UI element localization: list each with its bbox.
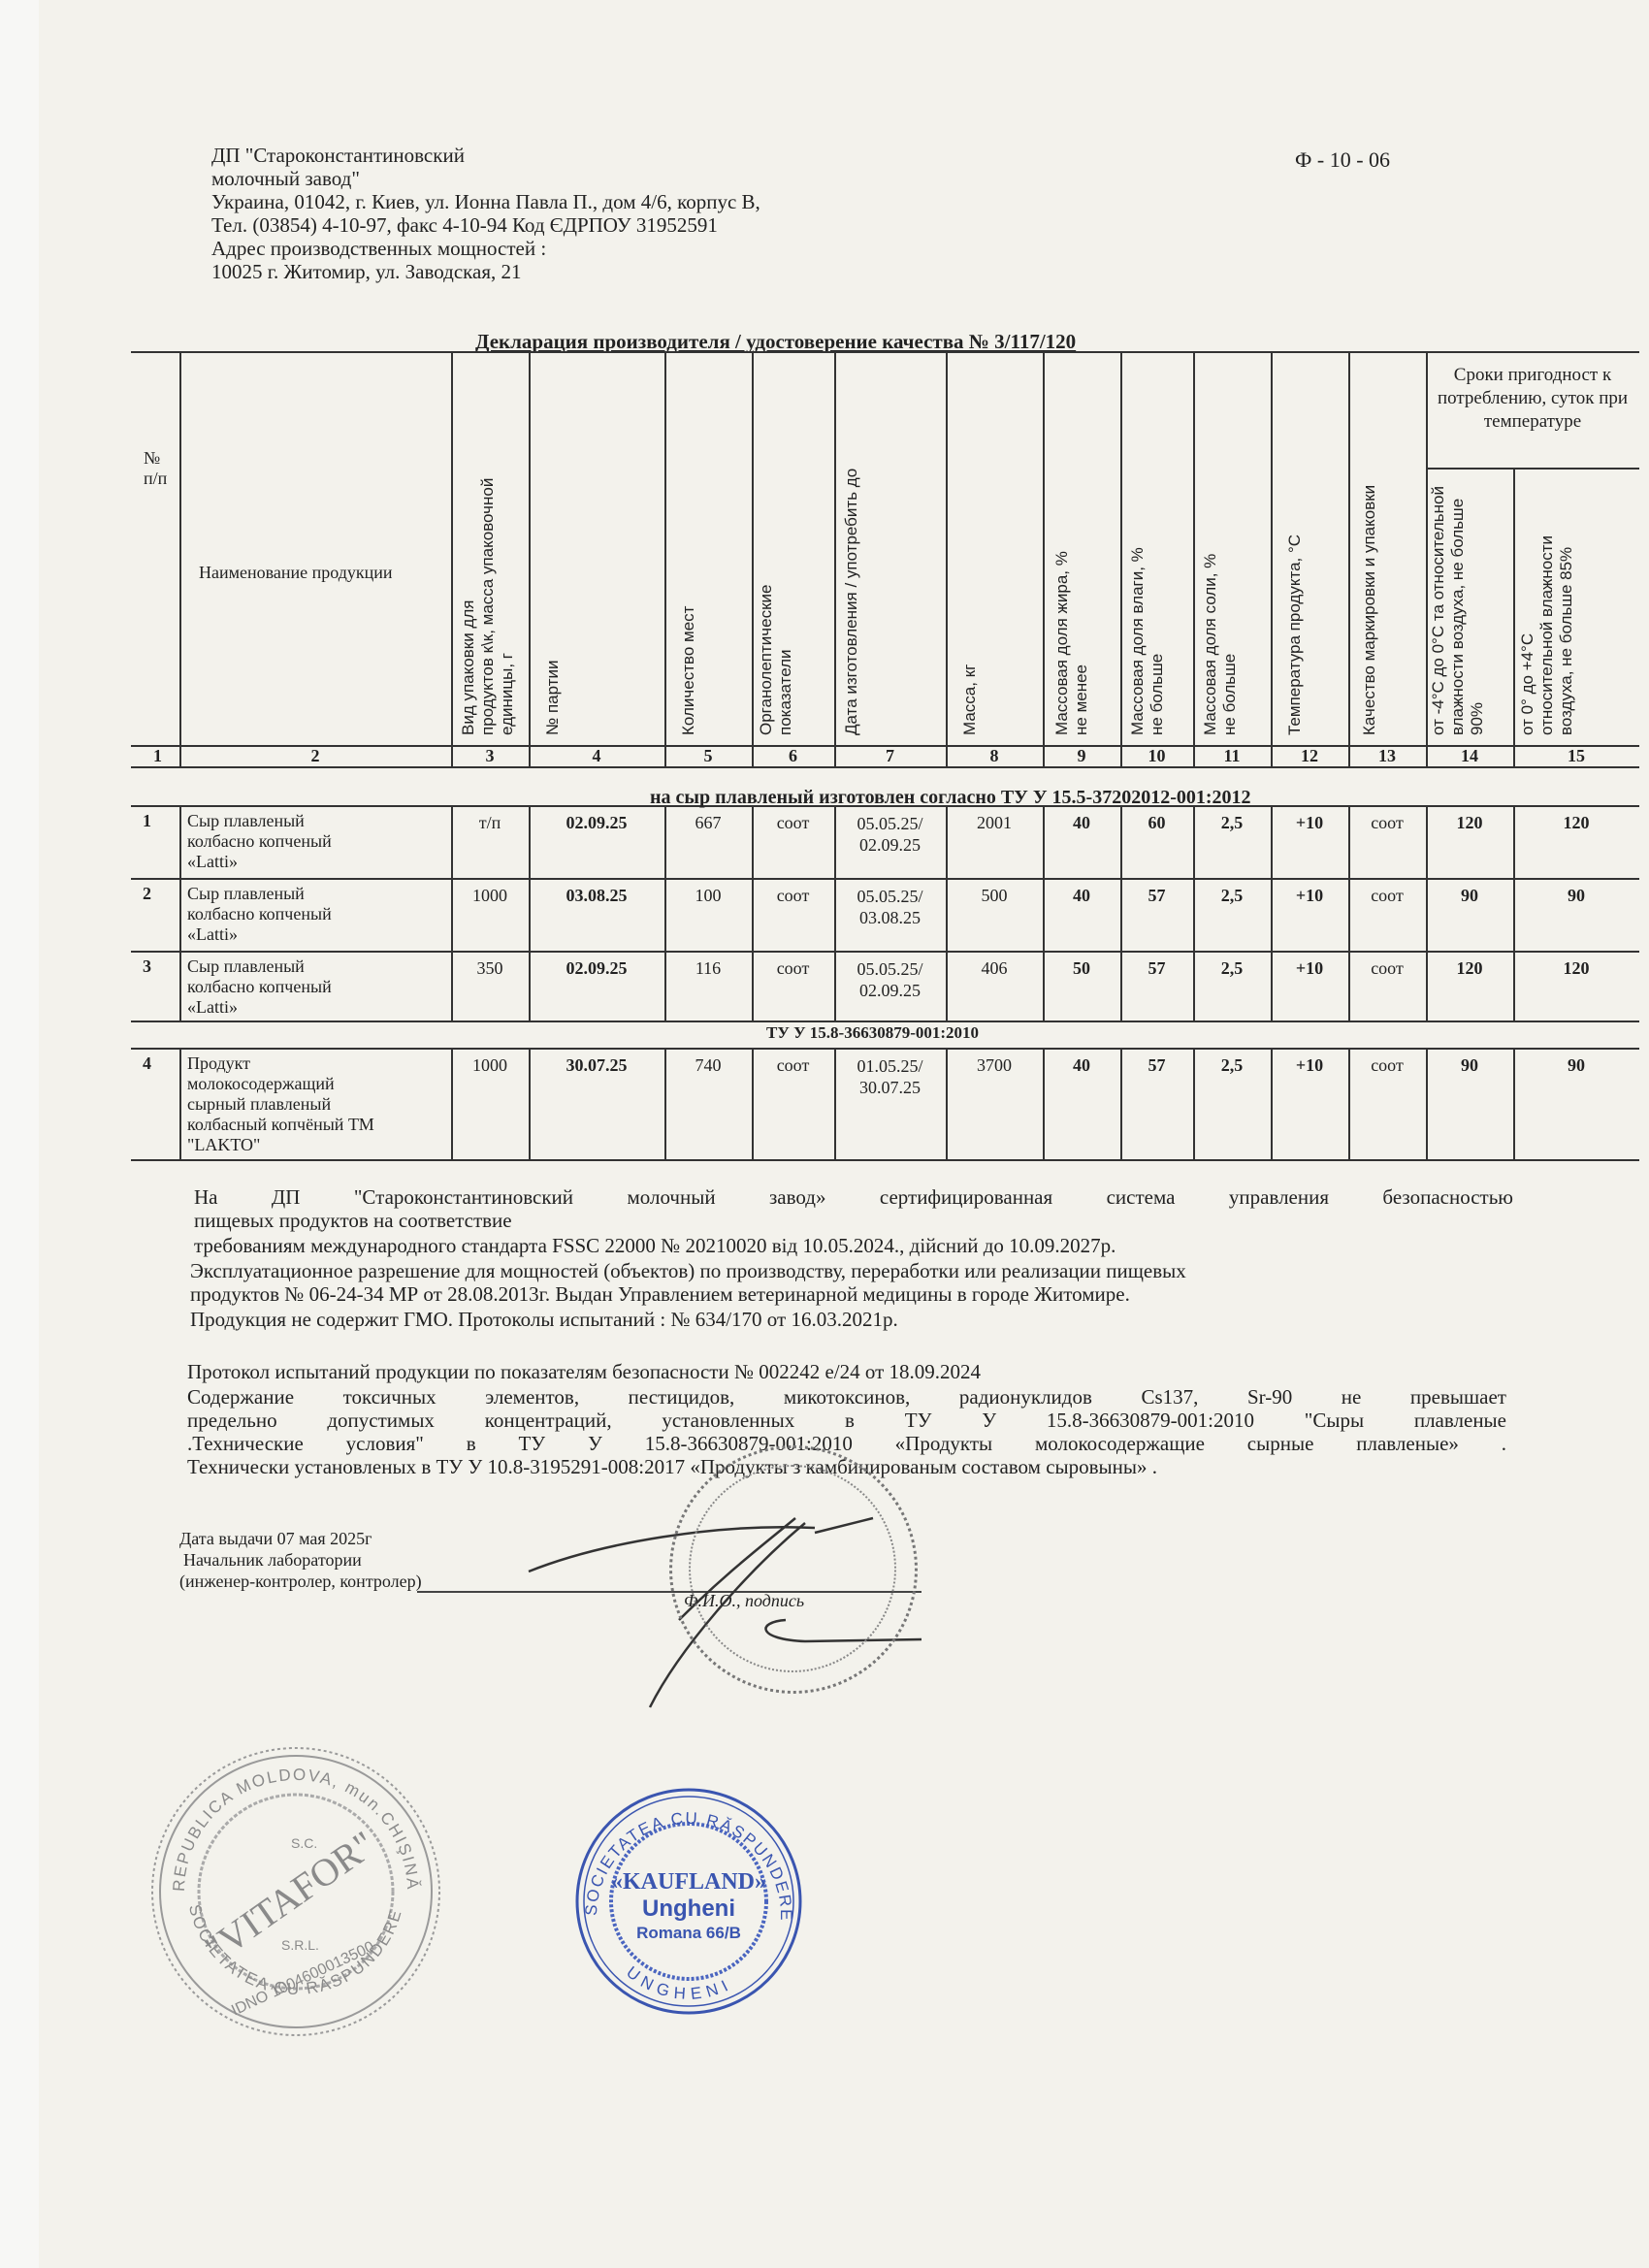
org-phone: Тел. (03854) 4-10-97, факс 4-10-94 Код Є… — [211, 213, 760, 237]
scan-edge — [0, 0, 39, 2268]
table-rule — [1271, 805, 1273, 1021]
table-rule — [1271, 351, 1273, 766]
org-address: Украина, 01042, г. Киев, ул. Ионна Павла… — [211, 190, 760, 213]
column-number: 12 — [1271, 746, 1348, 766]
table-rule — [1513, 468, 1515, 766]
column-header-batch: № партии — [543, 661, 563, 735]
table-rule — [131, 1021, 1639, 1022]
cell-mass: 500 — [946, 886, 1043, 906]
table-rule — [1348, 805, 1350, 1021]
table-rule — [451, 805, 453, 1021]
table-rule — [131, 951, 1639, 953]
cell-batch: 03.08.25 — [529, 886, 664, 906]
form-code: Ф - 10 - 06 — [1295, 147, 1390, 173]
table-rule — [946, 805, 948, 1021]
cell-fat: 40 — [1043, 886, 1120, 906]
cell-fat: 40 — [1043, 813, 1120, 833]
table-rule — [1426, 351, 1428, 766]
header-line: Температура продукта, °С — [1285, 535, 1305, 735]
faded-manufacturer-stamp-inner — [689, 1465, 896, 1672]
table-rule — [664, 805, 666, 1021]
table-rule — [1120, 805, 1122, 1021]
header-line: продуктов к\к, масса упаковочной — [478, 478, 498, 735]
header-line: от 0° до +4°С — [1518, 535, 1537, 735]
cell-shelf2: 120 — [1513, 958, 1639, 979]
org-line: молочный завод" — [211, 167, 760, 190]
kaufland-city: Ungheni — [642, 1895, 735, 1922]
cell-marking: соот — [1348, 1055, 1426, 1076]
svg-text:REPUBLICA MOLDOVA, mun.CHIŞINĂ: REPUBLICA MOLDOVA, mun.CHIŞINĂU — [145, 1741, 422, 1892]
column-header-shelf-life-group: Сроки пригодност к потреблению, суток пр… — [1431, 364, 1634, 434]
cell-salt: 2,5 — [1193, 958, 1271, 979]
column-header-mass: Масса, кг — [960, 664, 980, 735]
table-rule — [752, 351, 754, 766]
org-production-address: 10025 г. Житомир, ул. Заводская, 21 — [211, 260, 760, 283]
row-number: 4 — [143, 1053, 151, 1074]
product-name: Продукт молокосодержащий сырный плавлены… — [187, 1053, 449, 1155]
header-line: не больше — [1220, 554, 1240, 735]
cell-dates: 05.05.25/ 02.09.25 — [834, 813, 946, 856]
table-rule — [451, 351, 453, 766]
certification-text: На ДП "Староконстантиновский молочный за… — [194, 1185, 1513, 1209]
org-production-label: Адрес производственных мощностей : — [211, 237, 760, 260]
column-header-num-pp: № п/п — [144, 448, 178, 489]
cell-temp: +10 — [1271, 813, 1348, 833]
column-header-shelf-2: от 0° до +4°Сотносительной влажностивозд… — [1518, 535, 1576, 735]
cell-pack: т/п — [451, 813, 529, 833]
table-rule — [1043, 351, 1045, 766]
cell-shelf2: 120 — [1513, 813, 1639, 833]
cell-pack: 1000 — [451, 1055, 529, 1076]
cell-temp: +10 — [1271, 886, 1348, 906]
cell-fat: 40 — [1043, 1055, 1120, 1076]
cell-salt: 2,5 — [1193, 1055, 1271, 1076]
column-header-temperature: Температура продукта, °С — [1285, 535, 1305, 735]
kaufland-stamp: SOCIETATEA CU RĂSPUNDERE LIMITATĂ UNGHEN… — [567, 1780, 810, 2023]
column-number: 7 — [834, 746, 946, 766]
cell-moisture: 57 — [1120, 958, 1193, 979]
header-line: единицы, г — [498, 478, 517, 735]
svg-text:UNGHENI: UNGHENI — [623, 1962, 736, 2003]
header-line: Качество маркировки и упаковки — [1360, 485, 1379, 735]
cell-mass: 2001 — [946, 813, 1043, 833]
certification-text-cont: пищевых продуктов на соответствие — [194, 1209, 1513, 1232]
column-header-moisture: Массовая доля влаги, %не больше — [1128, 547, 1167, 735]
table-rule — [529, 351, 531, 766]
permit-text: Эксплуатационное разрешение для мощносте… — [190, 1259, 1509, 1282]
cell-mass: 3700 — [946, 1055, 1043, 1076]
column-header-places: Количество мест — [679, 606, 698, 735]
cell-shelf1: 90 — [1426, 886, 1513, 906]
column-number: 1 — [136, 746, 179, 766]
cell-mass: 406 — [946, 958, 1043, 979]
column-number: 10 — [1120, 746, 1193, 766]
table-rule — [1120, 351, 1122, 766]
column-number: 8 — [946, 746, 1043, 766]
product-name: Сыр плавленый колбасно копченый «Latti» — [187, 884, 449, 945]
lab-head-label: Начальник лаборатории — [179, 1549, 422, 1571]
cell-temp: +10 — [1271, 958, 1348, 979]
header-line: № партии — [543, 661, 563, 735]
table-rule — [529, 805, 531, 1021]
toxic-content-text-3: .Технические условия" в ТУ У 15.8-366308… — [187, 1432, 1506, 1455]
table-rule — [131, 1048, 1639, 1050]
header-line: воздуха, не больше 85% — [1557, 535, 1576, 735]
table-rule — [131, 878, 1639, 880]
table-rule — [179, 1048, 181, 1159]
table-rule — [1513, 805, 1515, 1021]
column-number: 6 — [752, 746, 834, 766]
header-line: Массовая доля соли, % — [1201, 554, 1220, 735]
vitafor-sc: S.C. — [291, 1835, 317, 1851]
table-rule — [1426, 468, 1639, 470]
header-line: Вид упаковки для — [459, 478, 478, 735]
column-number: 3 — [451, 746, 529, 766]
column-number: 14 — [1426, 746, 1513, 766]
cell-salt: 2,5 — [1193, 886, 1271, 906]
header-line: влажности воздуха, не больше — [1448, 486, 1468, 735]
cell-moisture: 60 — [1120, 813, 1193, 833]
header-line: Органолептические — [757, 585, 776, 736]
header-line: относительной влажности — [1537, 535, 1557, 735]
header-line: Массовая доля жира, % — [1052, 551, 1072, 735]
table-rule — [179, 351, 181, 766]
table-rule — [1043, 805, 1045, 1021]
table-rule — [752, 805, 754, 1021]
cell-dates: 01.05.25/ 30.07.25 — [834, 1055, 946, 1098]
table-rule — [1348, 351, 1350, 766]
cell-batch: 02.09.25 — [529, 813, 664, 833]
kaufland-address: Romana 66/B — [636, 1924, 741, 1942]
column-number: 11 — [1193, 746, 1271, 766]
column-number: 2 — [179, 746, 451, 766]
table-rule — [946, 351, 948, 766]
safety-protocol-text: Протокол испытаний продукции по показате… — [187, 1360, 1506, 1383]
cell-shelf2: 90 — [1513, 886, 1639, 906]
toxic-content-text: Содержание токсичных элементов, пестицид… — [187, 1385, 1506, 1409]
column-number: 13 — [1348, 746, 1426, 766]
header-line: Количество мест — [679, 606, 698, 735]
cell-marking: соот — [1348, 813, 1426, 833]
row-number: 2 — [143, 884, 151, 904]
cell-marking: соот — [1348, 958, 1426, 979]
column-header-marking: Качество маркировки и упаковки — [1360, 485, 1379, 735]
vitafor-outer-text: REPUBLICA MOLDOVA, mun.CHIŞINĂU — [145, 1741, 422, 1892]
column-header-shelf-1: от -4°С до 0°С та относительнойвлажности… — [1429, 486, 1487, 735]
cell-organoleptic: соот — [752, 813, 834, 833]
cell-shelf1: 120 — [1426, 958, 1513, 979]
table-rule — [179, 805, 181, 1021]
quality-table: № п/пНаименование продукцииСроки пригодн… — [126, 349, 1639, 1154]
signature-block: Дата выдачи 07 мая 2025г Начальник лабор… — [179, 1528, 422, 1592]
cell-organoleptic: соот — [752, 958, 834, 979]
column-header-salt: Массовая доля соли, %не больше — [1201, 554, 1240, 735]
cell-dates: 05.05.25/ 02.09.25 — [834, 958, 946, 1001]
column-header-organoleptic: Органолептическиепоказатели — [757, 585, 795, 736]
table-rule — [834, 351, 836, 766]
row-number: 3 — [143, 956, 151, 977]
cell-shelf2: 90 — [1513, 1055, 1639, 1076]
column-header-packaging: Вид упаковки дляпродуктов к\к, масса упа… — [459, 478, 517, 735]
org-line: ДП "Староконстантиновский — [211, 144, 760, 167]
gmo-text: Продукция не содержит ГМО. Протоколы исп… — [190, 1308, 1509, 1331]
cell-moisture: 57 — [1120, 886, 1193, 906]
vitafor-srl: S.R.L. — [281, 1937, 319, 1953]
column-number: 15 — [1513, 746, 1639, 766]
cell-fat: 50 — [1043, 958, 1120, 979]
vitafor-stamp: REPUBLICA MOLDOVA, mun.CHIŞINĂU SOCIETAT… — [145, 1741, 446, 2042]
row-number: 1 — [143, 811, 151, 831]
product-name: Сыр плавленый колбасно копченый «Latti» — [187, 956, 449, 1018]
fssc-standard-text: требованиям международного стандарта FSS… — [194, 1234, 1513, 1257]
cell-organoleptic: соот — [752, 1055, 834, 1076]
header-line: показатели — [776, 585, 795, 736]
cell-temp: +10 — [1271, 1055, 1348, 1076]
cell-dates: 05.05.25/ 03.08.25 — [834, 886, 946, 928]
column-header-fat: Массовая доля жира, %не менее — [1052, 551, 1091, 735]
table-rule — [1193, 351, 1195, 766]
table-rule — [1426, 805, 1428, 1021]
cell-batch: 02.09.25 — [529, 958, 664, 979]
column-number: 9 — [1043, 746, 1120, 766]
cell-shelf1: 90 — [1426, 1055, 1513, 1076]
issue-date: Дата выдачи 07 мая 2025г — [179, 1528, 422, 1549]
cell-moisture: 57 — [1120, 1055, 1193, 1076]
table-rule — [131, 351, 1639, 353]
column-header-dates: Дата изготовления / употребить до — [842, 469, 861, 735]
table-rule — [1193, 805, 1195, 1021]
header-line: от -4°С до 0°С та относительной — [1429, 486, 1448, 735]
cell-places: 116 — [664, 958, 752, 979]
organization-header: ДП "Староконстантиновский молочный завод… — [211, 144, 760, 283]
cell-places: 100 — [664, 886, 752, 906]
header-line: не больше — [1148, 547, 1167, 735]
column-number: 4 — [529, 746, 664, 766]
toxic-content-text-2: предельно допустимых концентраций, устан… — [187, 1409, 1506, 1432]
column-number: 5 — [664, 746, 752, 766]
header-line: Масса, кг — [960, 664, 980, 735]
section-title: на сыр плавленый изготовлен согласно ТУ … — [650, 787, 1251, 809]
cell-places: 667 — [664, 813, 752, 833]
section-title: ТУ У 15.8-36630879-001:2010 — [766, 1023, 979, 1043]
header-line: Массовая доля влаги, % — [1128, 547, 1148, 735]
cell-places: 740 — [664, 1055, 752, 1076]
cell-salt: 2,5 — [1193, 813, 1271, 833]
cell-marking: соот — [1348, 886, 1426, 906]
cell-pack: 350 — [451, 958, 529, 979]
permit-text-cont: продуктов № 06-24-34 МР от 28.08.2013г. … — [190, 1282, 1509, 1306]
product-name: Сыр плавленый колбасно копченый «Latti» — [187, 811, 449, 872]
table-rule — [131, 1159, 1639, 1161]
header-line: не менее — [1072, 551, 1091, 735]
cell-batch: 30.07.25 — [529, 1055, 664, 1076]
cell-shelf1: 120 — [1426, 813, 1513, 833]
kaufland-name: «KAUFLAND» — [611, 1869, 766, 1895]
cell-organoleptic: соот — [752, 886, 834, 906]
header-line: Дата изготовления / употребить до — [842, 469, 861, 735]
column-header-product-name: Наименование продукции — [199, 563, 393, 583]
cell-pack: 1000 — [451, 886, 529, 906]
table-rule — [664, 351, 666, 766]
table-rule — [131, 766, 1639, 768]
lab-role-label: (инженер-контролер, контролер) — [179, 1571, 422, 1592]
header-line: 90% — [1468, 486, 1487, 735]
